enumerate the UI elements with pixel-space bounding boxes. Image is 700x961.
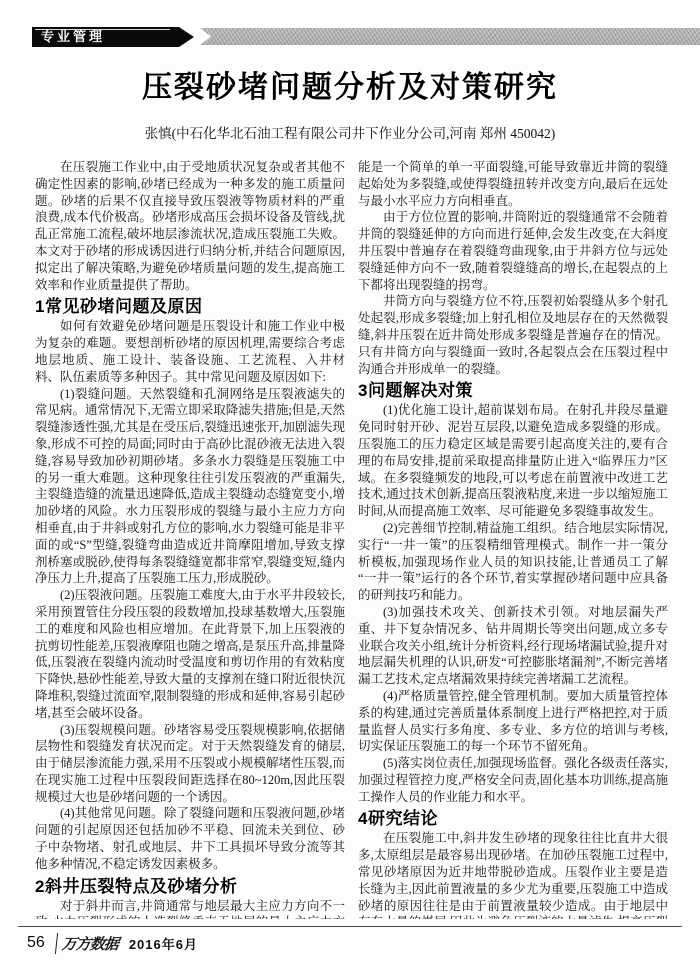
paragraph-conclusion: 在压裂施工中,斜井发生砂堵的现象往往比直井大很多,太原组层是最容易出现砂堵。在加… — [358, 830, 668, 919]
right-column: 能是一个简单的单一平面裂缝,可能导致靠近井筒的裂缝起始处为多裂缝,或使得裂缝扭转… — [358, 159, 668, 919]
page-footer: 56 万方数据 2016年6月 — [27, 932, 198, 954]
paragraph-item-4: (4)严格质量管控,健全管理机制。要加大质量管控体系的构建,通过完善质量体系制度… — [358, 688, 668, 755]
paragraph-item-3: (3)压裂规模问题。砂堵容易受压裂规模影响,依据储层物性和裂缝发育状况而定。对于… — [35, 722, 345, 806]
header-texture-band — [200, 28, 700, 45]
paragraph-continuation: 能是一个简单的单一平面裂缝,可能导致靠近井筒的裂缝起始处为多裂缝,或使得裂缝扭转… — [358, 159, 668, 209]
section-banner-label: 专业管理 — [41, 29, 105, 44]
footer-divider — [18, 926, 682, 927]
author-line: 张慎(中石化华北石油工程有限公司井下作业分公司,河南 郑州 450042) — [0, 122, 700, 142]
section-heading-1: 1常见砂堵问题及原因 — [35, 296, 345, 317]
paragraph-item-1: (1)优化施工设计,超前谋划布局。在射孔井段尽量避免同时射开砂、泥岩互层段,以避… — [358, 402, 668, 520]
paragraph: 井筒方向与裂缝方位不符,压裂初始裂缝从多个射孔处起裂,形成多裂缝;加上射孔相位及… — [358, 293, 668, 377]
paragraph-item-1: (1)裂缝问题。天然裂缝和孔洞网络是压裂液滤失的常见病。通常情况下,无需立即采取… — [35, 386, 345, 588]
paragraph-item-4: (4)其他常见问题。除了裂缝问题和压裂液问题,砂堵问题的引起原因还包括加砂不平稳… — [35, 805, 345, 872]
left-column: 在压裂施工作业中,由于受地质状况复杂或者其他不确定性因素的影响,砂堵已经成为一种… — [35, 159, 345, 919]
paper-title: 压裂砂堵问题分析及对策研究 — [0, 62, 700, 106]
paragraph-intro: 在压裂施工作业中,由于受地质状况复杂或者其他不确定性因素的影响,砂堵已经成为一种… — [35, 159, 345, 293]
section-heading-3: 3问题解决对策 — [358, 380, 668, 401]
paragraph-item-5: (5)落实岗位责任,加强现场监督。强化各级责任落实,加强过程管控力度,严格安全问… — [358, 755, 668, 805]
paragraph: 如何有效避免砂堵问题是压裂设计和施工作业中极为复杂的难题。要想剖析砂堵的原因机理… — [35, 318, 345, 385]
page-number: 56 — [27, 934, 45, 952]
issue-date: 2016年6月 — [129, 934, 198, 953]
paper-page: 专业管理 压裂砂堵问题分析及对策研究 张慎(中石化华北石油工程有限公司井下作业分… — [0, 0, 700, 961]
section-heading-4: 4研究结论 — [358, 808, 668, 829]
wanfang-data-logo: 万方数据 — [55, 933, 119, 954]
paragraph: 对于斜井而言,井筒通常与地层最大主应力方向不一致,水力压裂形成的人造裂缝垂直于地… — [35, 898, 345, 919]
paragraph-item-2: (2)完善细节控制,精益施工组织。结合地层实际情况,实行“一井一策”的压裂精细管… — [358, 520, 668, 604]
section-banner: 专业管理 — [32, 27, 194, 47]
paragraph-item-3: (3)加强技术攻关、创新技术引领。对地层漏失严重、井下复杂情况多、钻井周期长等突… — [358, 604, 668, 688]
paragraph: 由于方位位置的影响,井筒附近的裂缝通常不会随着井筒的裂缝延伸的方向而进行延伸,会… — [358, 209, 668, 293]
article-body: 在压裂施工作业中,由于受地质状况复杂或者其他不确定性因素的影响,砂堵已经成为一种… — [35, 159, 668, 919]
section-heading-2: 2斜井压裂特点及砂堵分析 — [35, 876, 345, 897]
paragraph-item-2: (2)压裂液问题。压裂施工难度大,由于水平井段较长,采用预置管住分段压裂的段数增… — [35, 587, 345, 721]
